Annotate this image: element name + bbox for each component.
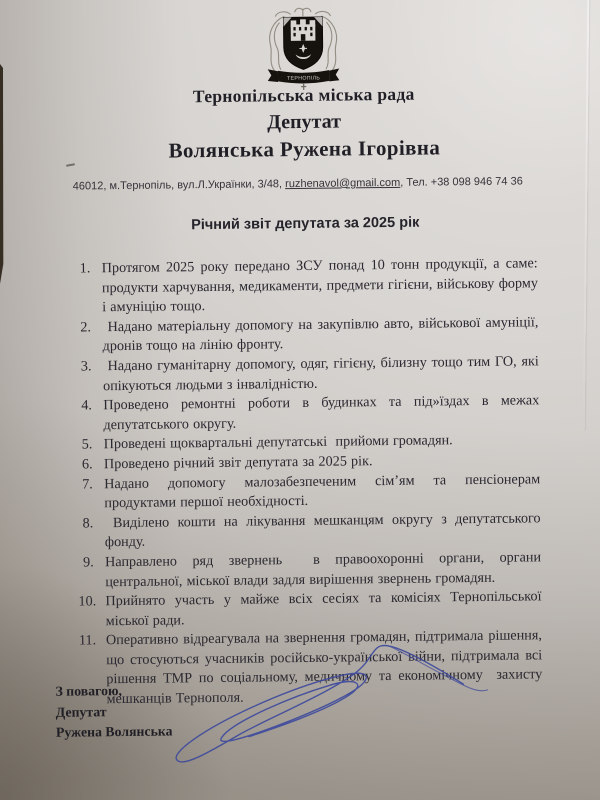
- contact-address: 46012, м.Тернопіль, вул.Л.Українки, 3/48…: [73, 178, 286, 192]
- item-text: Прийнято участь у майже всіх сесіях та к…: [105, 588, 541, 629]
- crest-castle: [291, 19, 316, 41]
- item-number: 4.: [81, 397, 92, 417]
- item-number: 10.: [78, 592, 96, 612]
- report-title: Річний звіт депутата за 2025 рік: [5, 213, 600, 236]
- item-text: Направлено ряд звернень в правоохоронні …: [105, 549, 541, 590]
- item-text: Проведені щоквартальні депутатські прийо…: [104, 433, 453, 453]
- item-number: 9.: [83, 553, 94, 573]
- item-text: Надано матеріальну допомогу на закупівлю…: [102, 314, 538, 355]
- list-item: 9.Направлено ряд звернень в правоохоронн…: [82, 548, 541, 592]
- item-number: 2.: [80, 318, 91, 338]
- deputy-role-title: Депутат: [4, 109, 600, 136]
- crest-banner: ТЕРНОПІЛЬ: [268, 68, 340, 83]
- list-item: 1.Протягом 2025 року передано ЗСУ понад …: [79, 254, 539, 318]
- deputy-name: Волянська Ружена Ігорівна: [4, 136, 600, 164]
- list-item: 4.Проведено ремонтні роботи в будинках т…: [80, 391, 539, 435]
- list-item: 2. Надано матеріальну допомогу на закупі…: [79, 313, 538, 357]
- item-number: 1.: [80, 259, 91, 279]
- ternopil-coat-of-arms-icon: ТЕРНОПІЛЬ: [257, 5, 350, 92]
- item-number: 7.: [82, 475, 93, 495]
- item-text: Виділено кошти на лікування мешканцям ок…: [105, 510, 541, 551]
- list-item: 8. Виділено кошти на лікування мешканцям…: [82, 509, 541, 553]
- contact-email: ruzhenavol@gmail.com: [285, 177, 400, 190]
- item-number: 5.: [82, 436, 93, 456]
- document-content: ТЕРНОПІЛЬ Тернопільська міська рада Депу…: [0, 0, 600, 800]
- list-item: 7.Надано допомогу малозабезпеченим сім’я…: [81, 470, 540, 514]
- handwritten-signature: [143, 626, 490, 792]
- item-number: 6.: [82, 455, 93, 475]
- document-photo: ТЕРНОПІЛЬ Тернопільська міська рада Депу…: [0, 0, 600, 800]
- contact-phone: , Тел. +38 098 946 74 36: [400, 175, 523, 188]
- item-text: Надано гуманітарну допомогу, одяг, гігіє…: [103, 353, 539, 394]
- contact-line: 46012, м.Тернопіль, вул.Л.Українки, 3/48…: [0, 175, 598, 195]
- item-number: 8.: [83, 514, 94, 534]
- item-number: 11.: [79, 632, 96, 652]
- item-text: Проведено річний звіт депутата за 2025 р…: [104, 453, 373, 472]
- item-text: Протягом 2025 року передано ЗСУ понад 10…: [102, 255, 538, 315]
- item-number: 3.: [81, 357, 92, 377]
- item-text: Проведено ремонтні роботи в будинках та …: [103, 392, 539, 433]
- crest-banner-text: ТЕРНОПІЛЬ: [287, 75, 321, 81]
- list-item: 3. Надано гуманітарну допомогу, одяг, гі…: [80, 352, 539, 396]
- item-text: Надано допомогу малозабезпеченим сім’ям …: [104, 471, 540, 512]
- org-title: Тернопільська міська рада: [4, 84, 600, 108]
